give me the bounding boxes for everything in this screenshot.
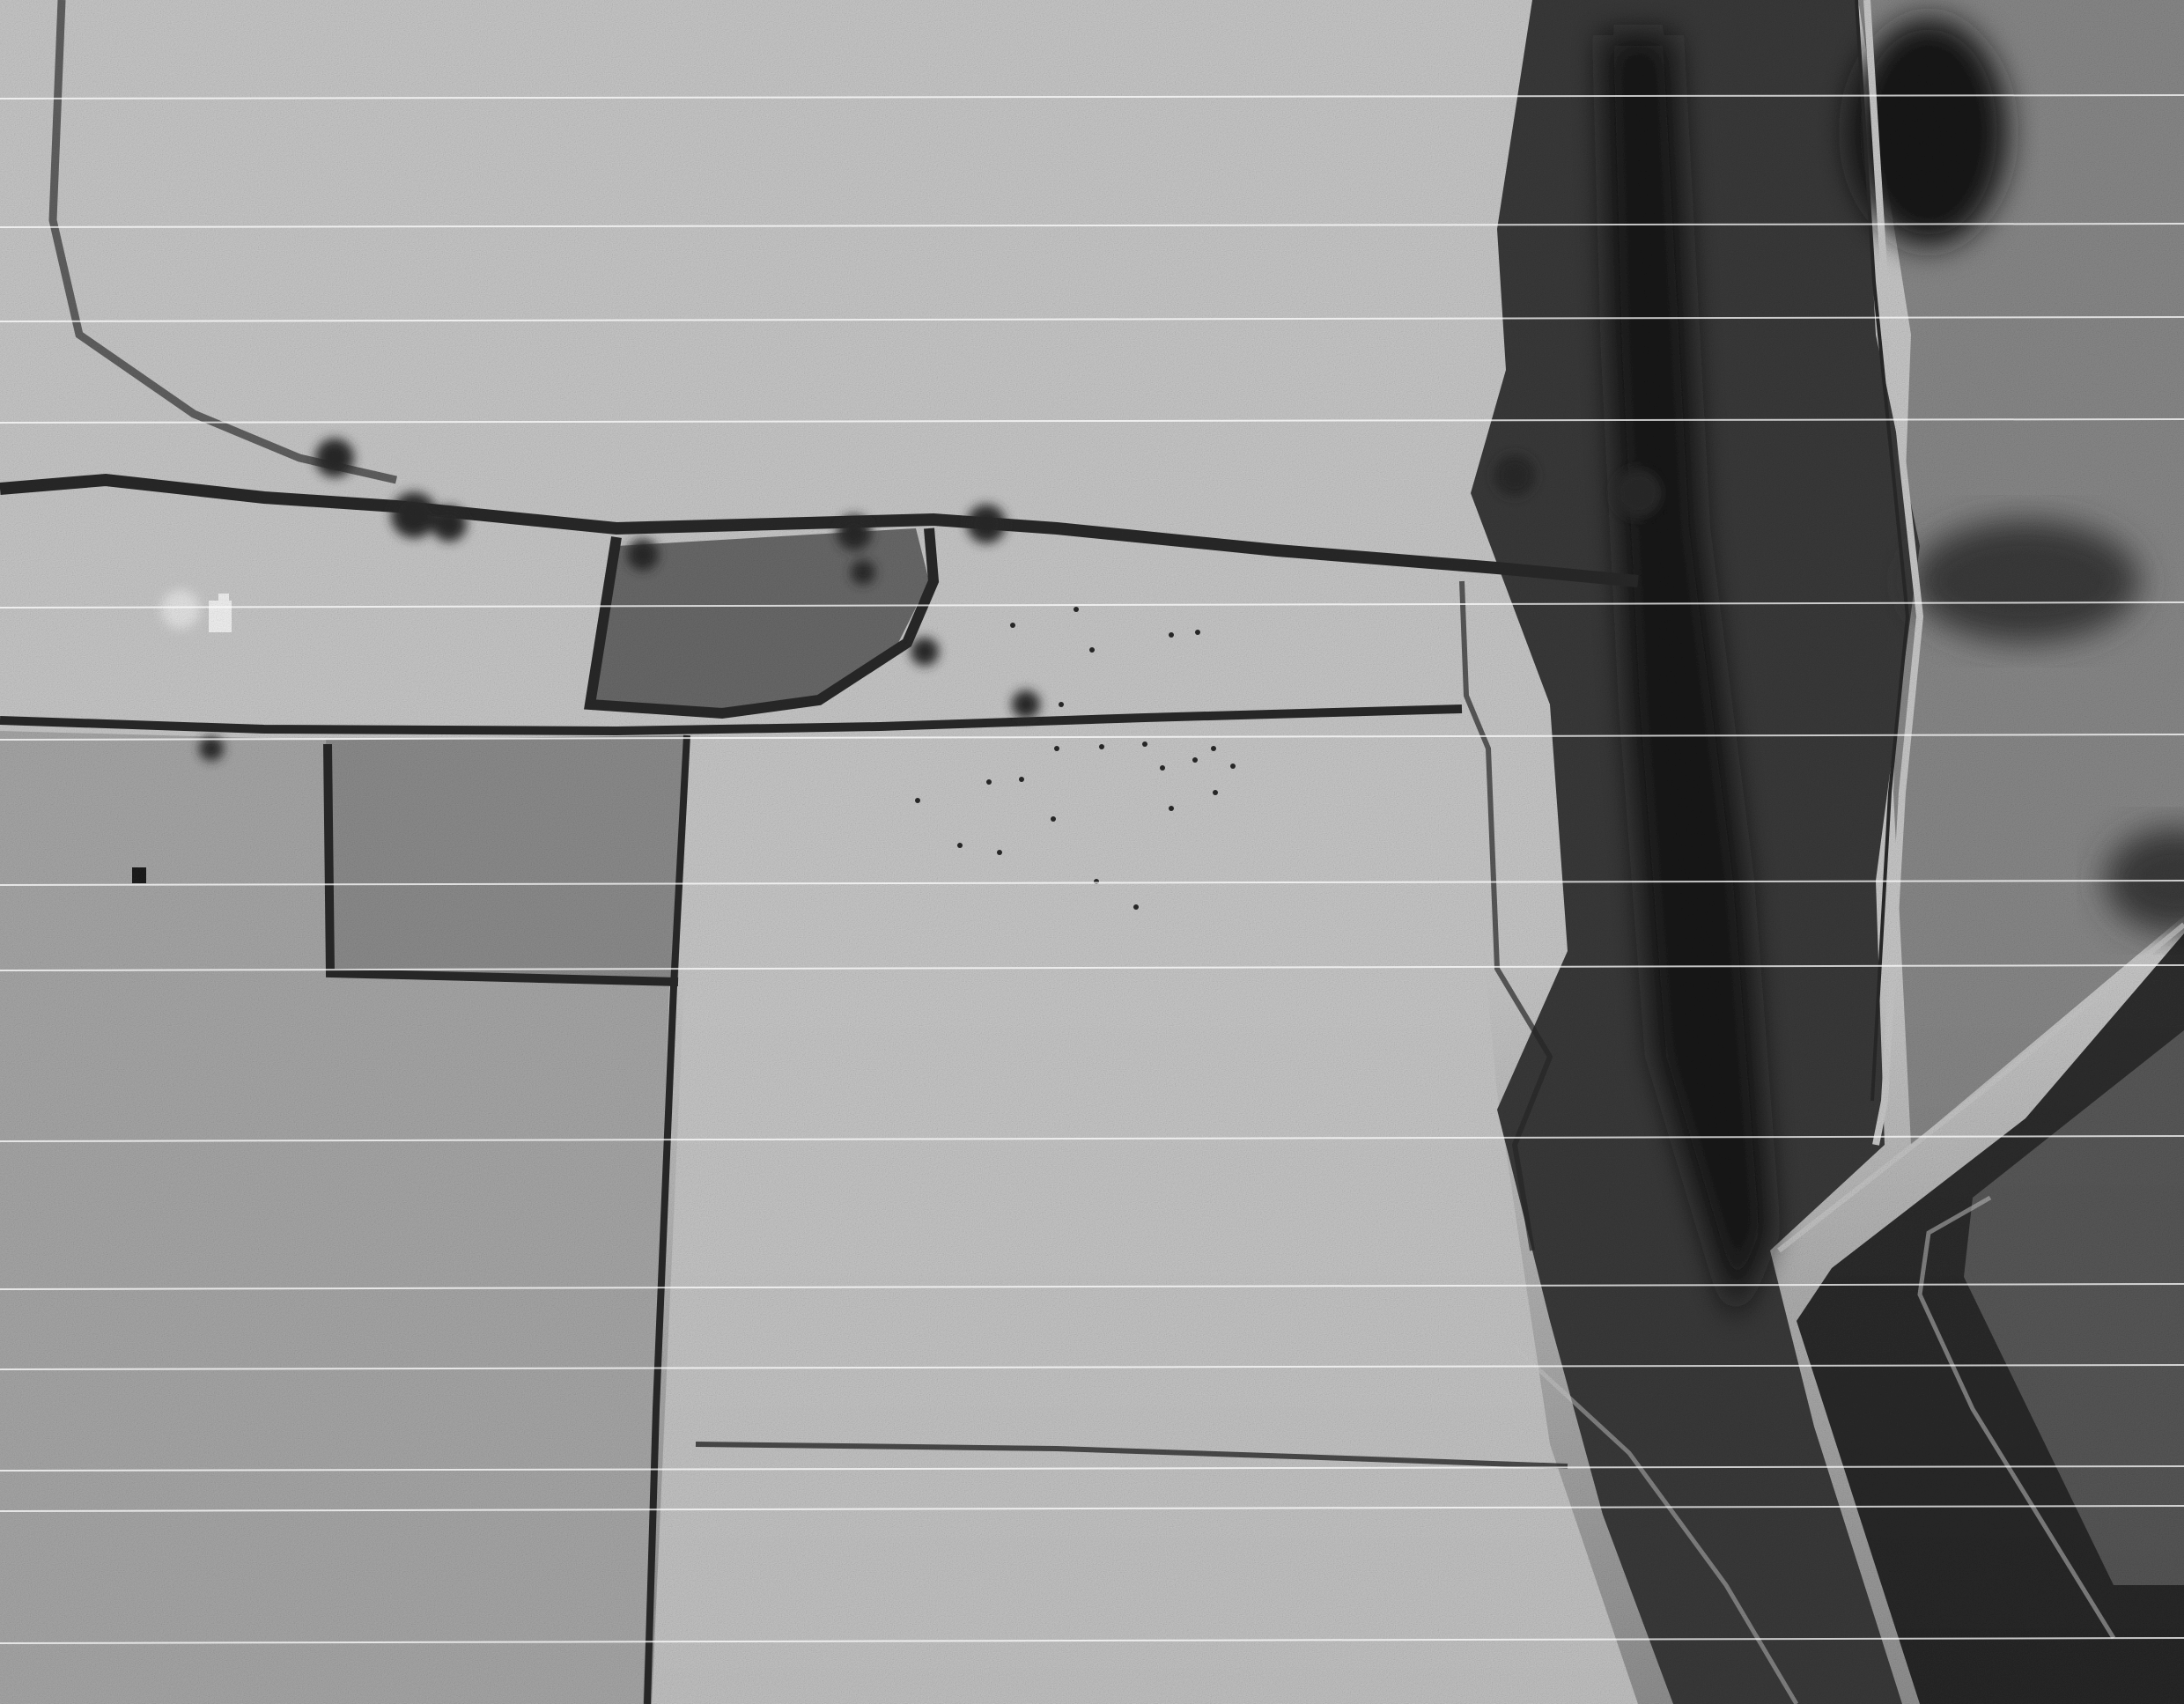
aerial-scene: [0, 0, 2184, 1704]
enclosure: [326, 735, 687, 982]
marsh-patch: [1911, 520, 2140, 643]
building-annex: [218, 594, 229, 604]
building: [209, 601, 232, 632]
yard-patch: [161, 590, 200, 629]
shed: [132, 867, 146, 883]
